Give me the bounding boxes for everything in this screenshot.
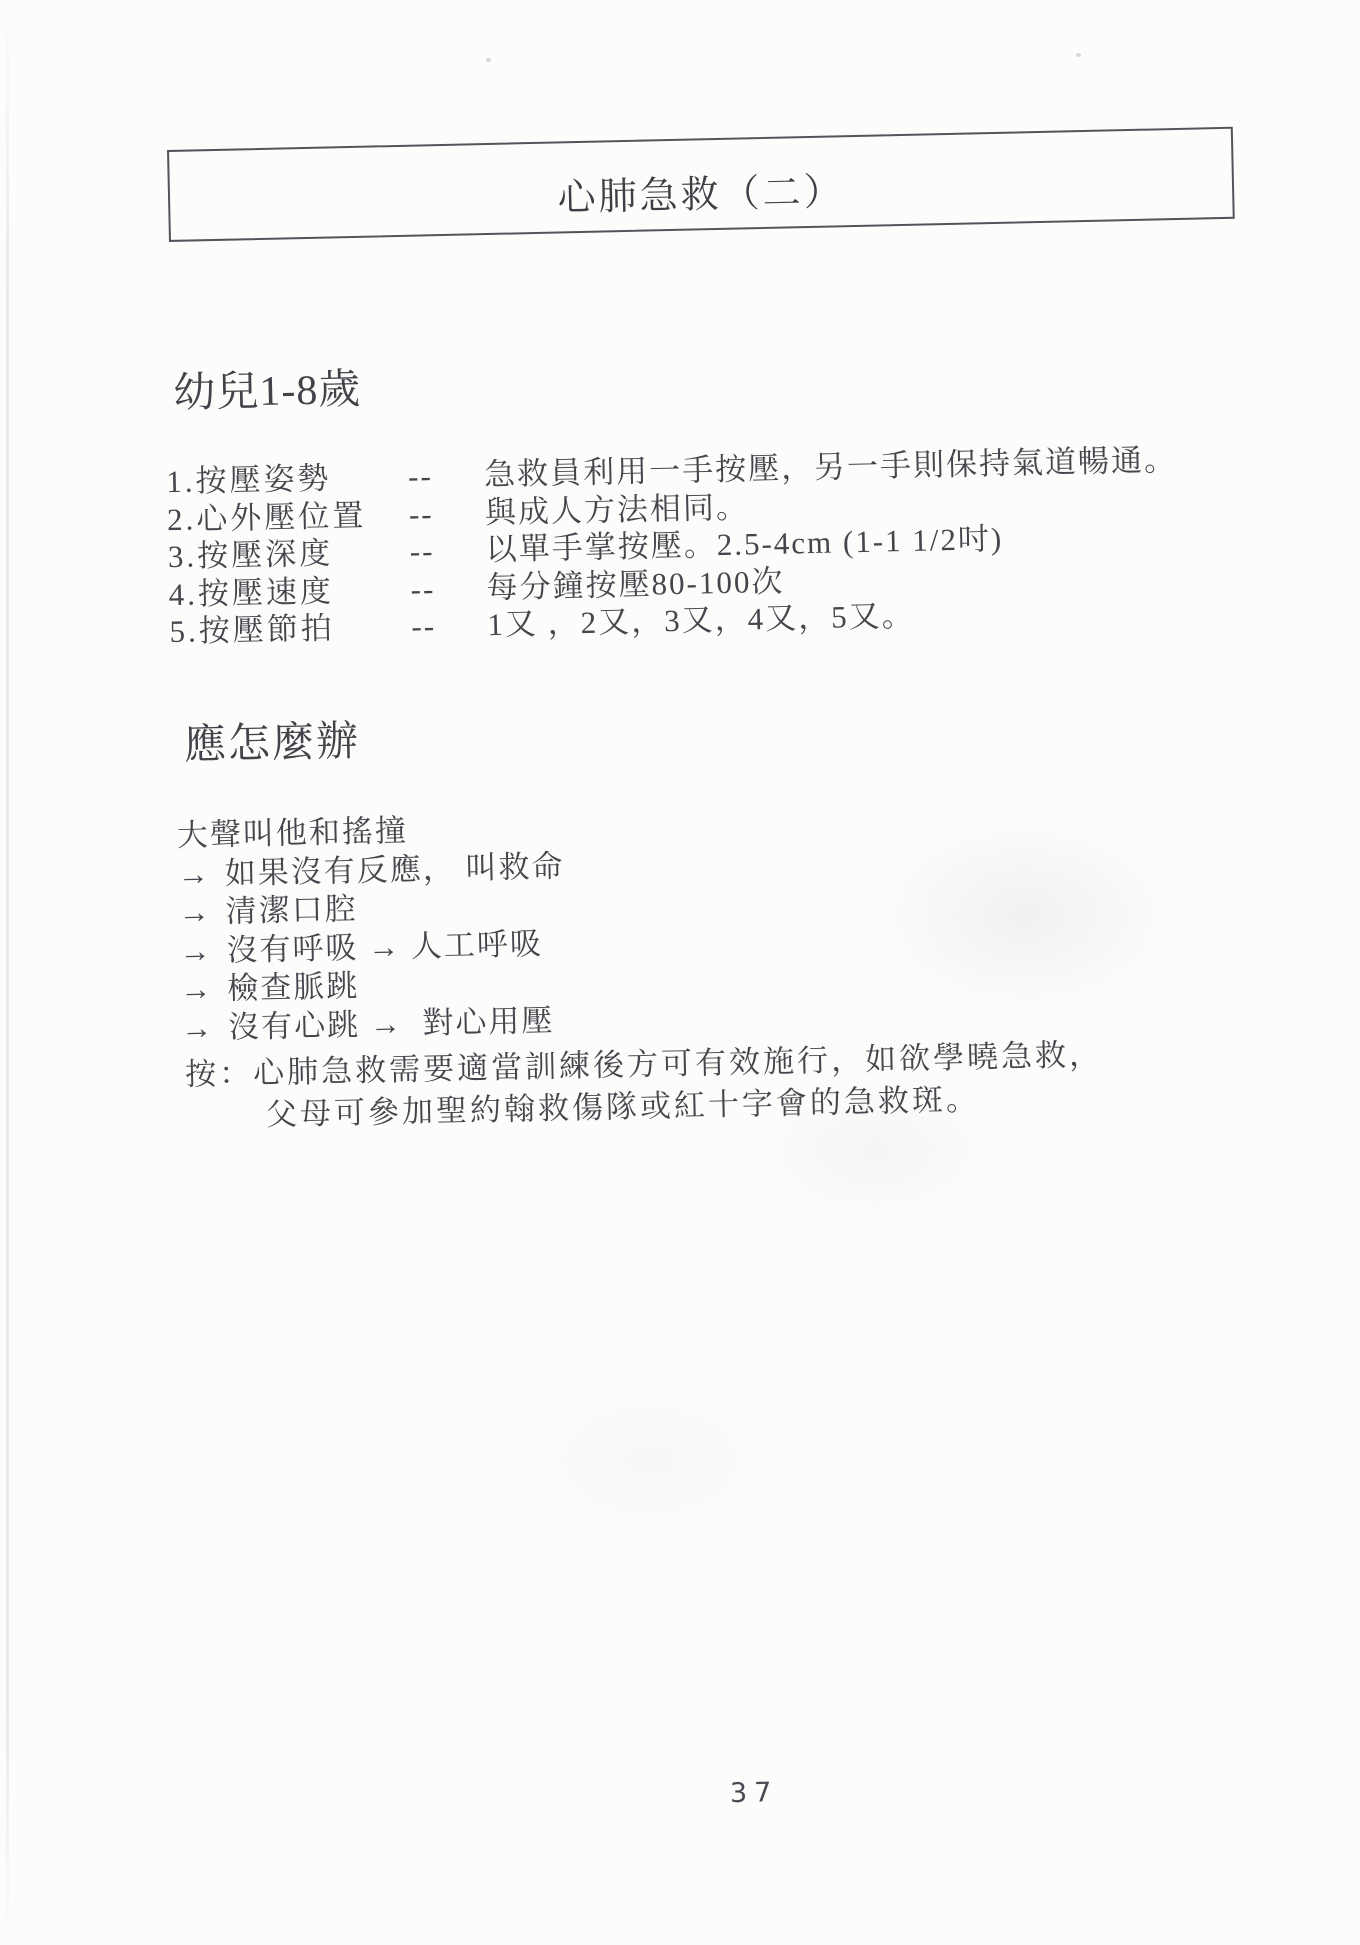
note-paragraph: 按：心肺急救需要適當訓練後方可有效施行，如欲學曉急救， 父母可參加聖約翰救傷隊或… <box>185 1034 1105 1138</box>
right-arrow-icon: → <box>180 971 212 1008</box>
page-title: 心肺急救（二） <box>557 148 845 221</box>
step-line: → 沒有呼吸 → 人工呼吸 <box>179 917 566 964</box>
item-separator: -- <box>410 570 487 608</box>
item-separator: -- <box>411 607 488 645</box>
step-line: → 沒有心跳 → 對心用壓 <box>181 994 568 1041</box>
steps-list: 大聲叫他和搖撞 → 如果沒有反應， 叫救命 → 清潔口腔 → 沒有呼吸 → 人工… <box>176 802 568 1041</box>
cpr-instruction-list: 1.按壓姿勢 -- 急救員利用一手按壓，另一手則保持氣道暢通。 2.心外壓位置 … <box>166 432 1270 643</box>
item-separator: -- <box>409 495 486 533</box>
step-line: → 如果沒有反應， 叫救命 <box>177 840 564 887</box>
item-separator: -- <box>409 532 486 570</box>
step-text: 沒有心跳 → 對心用壓 <box>228 994 555 1046</box>
scanned-page: 心肺急救（二） 幼兒1-8歲 1.按壓姿勢 -- 急救員利用一手按壓，另一手則保… <box>0 0 1360 1945</box>
right-arrow-icon: → <box>181 1010 213 1047</box>
right-arrow-icon: → <box>178 894 210 931</box>
right-arrow-icon: → <box>177 856 209 893</box>
page-number: 37 <box>730 1777 779 1809</box>
title-box: 心肺急救（二） <box>167 127 1235 242</box>
section-heading-what-to-do: 應怎麼辦 <box>183 708 360 772</box>
item-separator: -- <box>408 457 485 495</box>
right-arrow-icon: → <box>179 933 211 970</box>
section-heading-infant: 幼兒1-8歲 <box>173 356 362 420</box>
item-label: 5.按壓節拍 <box>169 601 412 651</box>
